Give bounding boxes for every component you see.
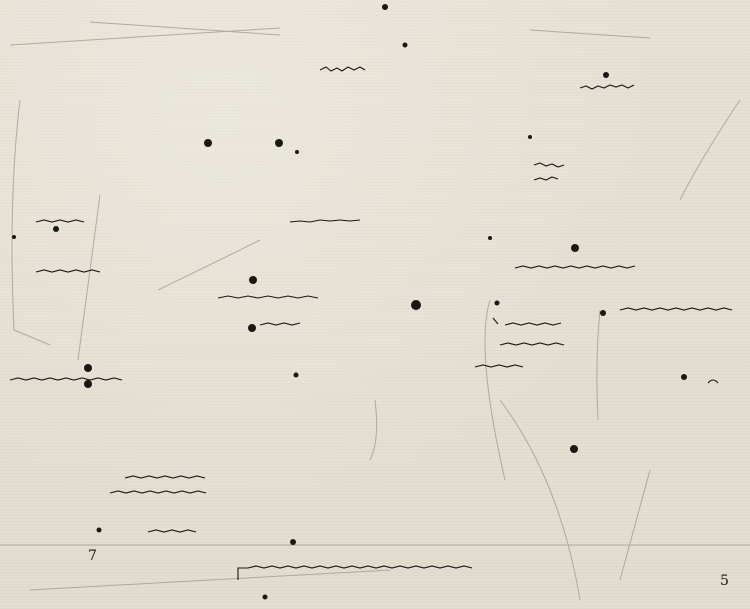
svg-text:7: 7 (88, 548, 97, 564)
etching-artwork: 7 5 (0, 0, 750, 609)
scratch-lines (0, 22, 750, 600)
corner-marks: 7 5 (88, 548, 729, 589)
script-marks (10, 67, 732, 580)
ink-marks: 7 5 (0, 0, 750, 609)
svg-text:5: 5 (720, 573, 729, 589)
ink-dots (12, 4, 687, 600)
